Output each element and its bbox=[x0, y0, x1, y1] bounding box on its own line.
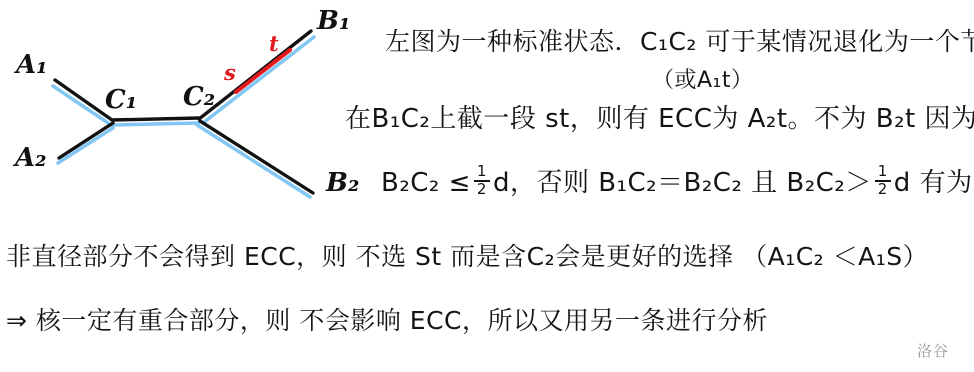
node-label-c1: C₁ bbox=[105, 87, 137, 113]
edge-a1c1-highlight bbox=[53, 86, 111, 125]
node-label-b2: B₂ bbox=[326, 170, 359, 196]
edge-c2b2-highlight bbox=[197, 125, 310, 197]
fraction-denominator: 2 bbox=[875, 180, 891, 198]
note-line-5: ⇒ 核一定有重合部分，则 不会影响 ECC，所以又用另一条进行分析 bbox=[6, 305, 768, 336]
segment-st-accent bbox=[236, 50, 290, 92]
note-line-1-insert: （或A₁t） bbox=[652, 67, 754, 95]
note-line-4: 非直径部分不会得到 ECC，则 不选 St 而是含C₂会是更好的选择 （A₁C₂… bbox=[6, 241, 928, 272]
node-label-a1: A₁ bbox=[16, 52, 48, 78]
watermark-logo: 洛谷 bbox=[917, 340, 949, 361]
note-line-3-part1: B₂C₂ ≤ bbox=[381, 167, 471, 200]
node-label-a2: A₂ bbox=[15, 145, 47, 171]
segment-label-s: s bbox=[224, 62, 236, 83]
note-line-2: 在B₁C₂上截一段 st，则有 ECC为 A₂t。不为 B₂t 因为 bbox=[345, 103, 974, 136]
node-label-b1: B₁ bbox=[317, 8, 350, 34]
edge-c1c2 bbox=[112, 118, 199, 120]
note-line-3: B₂C₂ ≤ 1 2 d，否则 B₁C₂＝B₂C₂ 且 B₂C₂＞ 1 2 d … bbox=[381, 166, 974, 200]
edge-a1c1 bbox=[55, 80, 112, 120]
edge-c1c2-highlight bbox=[113, 123, 199, 125]
edge-c2b2 bbox=[200, 121, 313, 193]
note-line-3-part2: d，否则 B₁C₂＝B₂C₂ 且 B₂C₂＞ bbox=[493, 167, 872, 200]
note-line-1: 左图为一种标准状态．C₁C₂ 可于某情况退化为一个节点、 bbox=[385, 26, 974, 57]
fraction-denominator: 2 bbox=[474, 180, 490, 198]
segment-label-t: t bbox=[269, 33, 279, 54]
handwritten-note-page: A₁ A₂ C₁ C₂ B₁ B₂ s t 左图为一种标准状态．C₁C₂ 可于某… bbox=[0, 0, 974, 372]
fraction-one-half: 1 2 bbox=[474, 164, 490, 198]
edge-a2c1-highlight bbox=[58, 128, 113, 163]
fraction-one-half: 1 2 bbox=[875, 164, 891, 198]
fraction-numerator: 1 bbox=[477, 164, 487, 180]
note-line-3-part3: d 有为直径 bbox=[894, 167, 974, 200]
edge-a2c1 bbox=[59, 123, 113, 158]
tree-diagram bbox=[0, 0, 360, 210]
fraction-numerator: 1 bbox=[878, 164, 888, 180]
node-label-c2: C₂ bbox=[183, 84, 215, 110]
edge-c2b1-highlight bbox=[203, 37, 314, 123]
